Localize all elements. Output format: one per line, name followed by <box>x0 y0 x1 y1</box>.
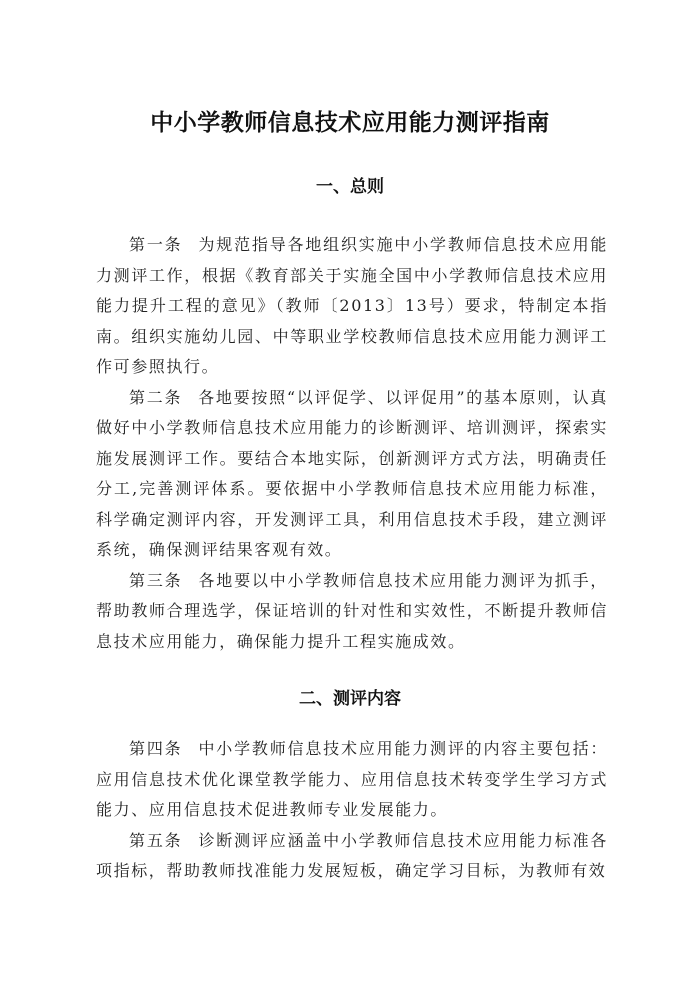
article-3: 第三条各地要以中小学教师信息技术应用能力测评为抓手，帮助教师合理选学，保证培训的… <box>96 566 608 658</box>
article-number: 第一条 <box>129 235 182 254</box>
article-4: 第四条中小学教师信息技术应用能力测评的内容主要包括：应用信息技术优化课堂教学能力… <box>96 734 608 826</box>
article-number: 第三条 <box>129 571 182 590</box>
section-body-content: 第四条中小学教师信息技术应用能力测评的内容主要包括：应用信息技术优化课堂教学能力… <box>96 734 608 887</box>
document-title: 中小学教师信息技术应用能力测评指南 <box>0 104 700 137</box>
article-1: 第一条为规范指导各地组织实施中小学教师信息技术应用能力测评工作，根据《教育部关于… <box>96 230 608 383</box>
article-number: 第二条 <box>129 388 182 407</box>
article-text: 各地要按照“以评促学、以评促用”的基本原则，认真做好中小学教师信息技术应用能力的… <box>96 388 608 560</box>
article-5: 第五条诊断测评应涵盖中小学教师信息技术应用能力标准各项指标，帮助教师找准能力发展… <box>96 826 608 887</box>
article-number: 第四条 <box>129 739 182 758</box>
document-page: 中小学教师信息技术应用能力测评指南 一、总则 第一条为规范指导各地组织实施中小学… <box>0 0 700 993</box>
article-number: 第五条 <box>129 831 182 850</box>
article-text: 为规范指导各地组织实施中小学教师信息技术应用能力测评工作，根据《教育部关于实施全… <box>96 235 608 376</box>
section-body-general: 第一条为规范指导各地组织实施中小学教师信息技术应用能力测评工作，根据《教育部关于… <box>96 230 608 657</box>
section-heading-content: 二、测评内容 <box>0 684 700 709</box>
article-2: 第二条各地要按照“以评促学、以评促用”的基本原则，认真做好中小学教师信息技术应用… <box>96 383 608 566</box>
section-heading-general: 一、总则 <box>0 172 700 197</box>
